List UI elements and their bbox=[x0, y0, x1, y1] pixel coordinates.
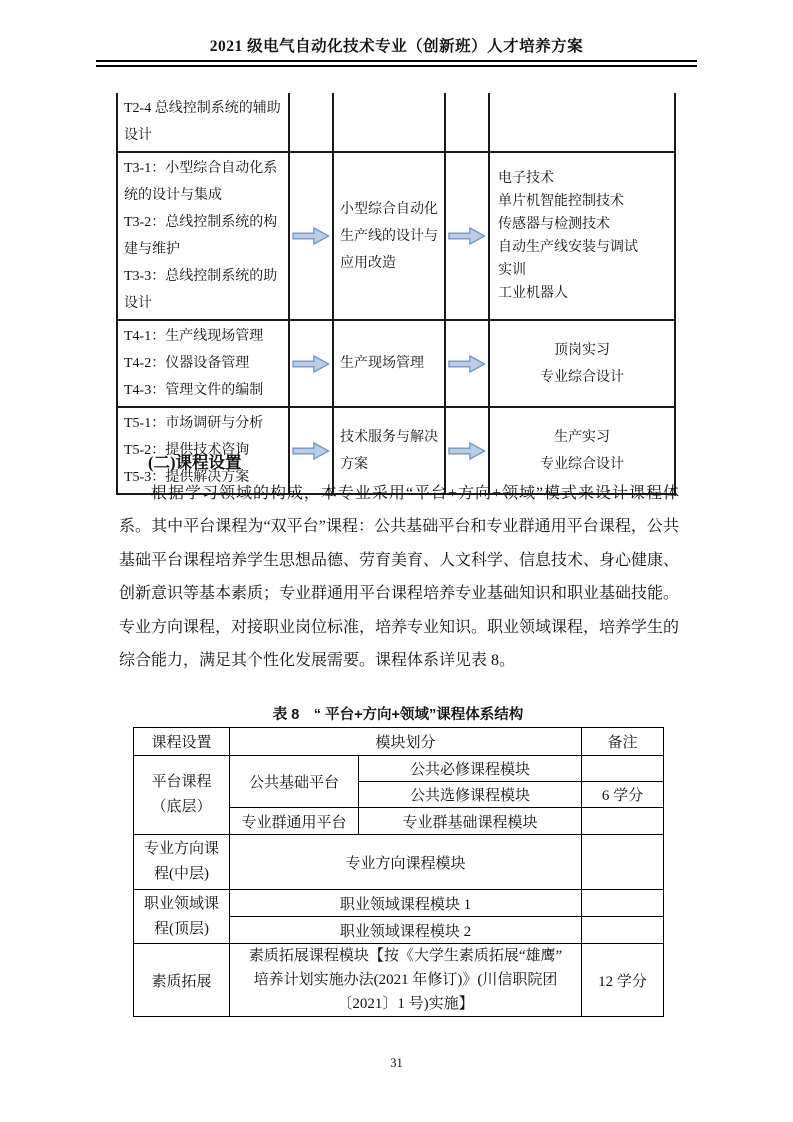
flow-arrow-icon bbox=[292, 225, 330, 247]
cell-domain-course: 职业领域课程(顶层) bbox=[134, 890, 230, 944]
arrow-cell bbox=[289, 320, 333, 407]
ability-cell: 小型综合自动化生产线的设计与应用改造 bbox=[333, 152, 445, 320]
table-row: 平台课程（底层） 公共基础平台 公共必修课程模块 bbox=[134, 756, 664, 782]
ability-cell: 生产现场管理 bbox=[333, 320, 445, 407]
table-row: T2-4 总线控制系统的辅助设计 bbox=[117, 93, 675, 152]
table-row: T4-1：生产线现场管理T4-2：仪器设备管理T4-3：管理文件的编制 生产现场… bbox=[117, 320, 675, 407]
ability-cell bbox=[333, 93, 445, 152]
cell-domain-module-2: 职业领域课程模块 2 bbox=[230, 917, 582, 944]
cell-platform-course: 平台课程（底层） bbox=[134, 756, 230, 835]
cell-direction-module: 专业方向课程模块 bbox=[230, 835, 582, 890]
document-page: 2021 级电气自动化技术专业（创新班）人才培养方案 T2-4 总线控制系统的辅… bbox=[0, 0, 793, 1122]
course-cell bbox=[489, 93, 675, 152]
flow-arrow-icon bbox=[448, 440, 486, 462]
cell-quality-course: 素质拓展 bbox=[134, 944, 230, 1017]
arrow-cell bbox=[289, 152, 333, 320]
cell-remark-empty bbox=[582, 890, 664, 917]
cell-group-common-platform: 专业群通用平台 bbox=[230, 808, 359, 835]
table-row: 课程设置 模块划分 备注 bbox=[134, 728, 664, 756]
cell-remark-empty bbox=[582, 808, 664, 835]
arrow-cell bbox=[445, 320, 489, 407]
flow-arrow-icon bbox=[448, 225, 486, 247]
flow-arrow-icon bbox=[292, 440, 330, 462]
section-heading: (二)课程设置 bbox=[148, 449, 242, 473]
course-cell: 顶岗实习专业综合设计 bbox=[489, 320, 675, 407]
cell-remark-credits: 12 学分 bbox=[582, 944, 664, 1017]
arrow-cell bbox=[289, 93, 333, 152]
body-paragraph: 根据学习领域的构成，本专业采用“平台+方向+领域”模式来设计课程体系。其中平台课… bbox=[119, 477, 679, 677]
cell-domain-module-1: 职业领域课程模块 1 bbox=[230, 890, 582, 917]
task-course-flow-table: T2-4 总线控制系统的辅助设计 T3-1：小型综合自动化系统的设计与集成T3-… bbox=[116, 93, 676, 495]
task-cell: T4-1：生产线现场管理T4-2：仪器设备管理T4-3：管理文件的编制 bbox=[117, 320, 289, 407]
arrow-cell bbox=[445, 152, 489, 320]
header-title: 2021 级电气自动化技术专业（创新班）人才培养方案 bbox=[0, 34, 793, 56]
course-cell: 电子技术单片机智能控制技术传感器与检测技术自动生产线安装与调试实训工业机器人 bbox=[489, 152, 675, 320]
table-row: T3-1：小型综合自动化系统的设计与集成T3-2：总线控制系统的构建与维护T3-… bbox=[117, 152, 675, 320]
cell-remark-empty bbox=[582, 756, 664, 782]
flow-arrow-icon bbox=[292, 353, 330, 375]
header-remark: 备注 bbox=[582, 728, 664, 756]
cell-remark-empty bbox=[582, 835, 664, 890]
header-double-rule bbox=[96, 60, 697, 67]
cell-public-base-platform: 公共基础平台 bbox=[230, 756, 359, 808]
table-row: 素质拓展 素质拓展课程模块【按《大学生素质拓展“雄鹰”培养计划实施办法(2021… bbox=[134, 944, 664, 1017]
task-cell: T3-1：小型综合自动化系统的设计与集成T3-2：总线控制系统的构建与维护T3-… bbox=[117, 152, 289, 320]
cell-quality-module: 素质拓展课程模块【按《大学生素质拓展“雄鹰”培养计划实施办法(2021 年修订)… bbox=[230, 944, 582, 1017]
table-row: 专业方向课程(中层) 专业方向课程模块 bbox=[134, 835, 664, 890]
task-cell: T2-4 总线控制系统的辅助设计 bbox=[117, 93, 289, 152]
page-number: 31 bbox=[0, 1056, 793, 1071]
cell-public-elective-module: 公共选修课程模块 bbox=[359, 782, 582, 808]
cell-public-required-module: 公共必修课程模块 bbox=[359, 756, 582, 782]
cell-direction-course: 专业方向课程(中层) bbox=[134, 835, 230, 890]
table8-caption: 表 8 “ 平台+方向+领域”课程体系结构 bbox=[133, 703, 663, 724]
header-module-division: 模块划分 bbox=[230, 728, 582, 756]
header-course-setting: 课程设置 bbox=[134, 728, 230, 756]
curriculum-structure-table: 课程设置 模块划分 备注 平台课程（底层） 公共基础平台 公共必修课程模块 公共… bbox=[133, 727, 664, 1017]
cell-remark-empty bbox=[582, 917, 664, 944]
table-row: 职业领域课程(顶层) 职业领域课程模块 1 bbox=[134, 890, 664, 917]
arrow-cell bbox=[445, 93, 489, 152]
cell-group-base-module: 专业群基础课程模块 bbox=[359, 808, 582, 835]
cell-remark-credits: 6 学分 bbox=[582, 782, 664, 808]
flow-arrow-icon bbox=[448, 353, 486, 375]
